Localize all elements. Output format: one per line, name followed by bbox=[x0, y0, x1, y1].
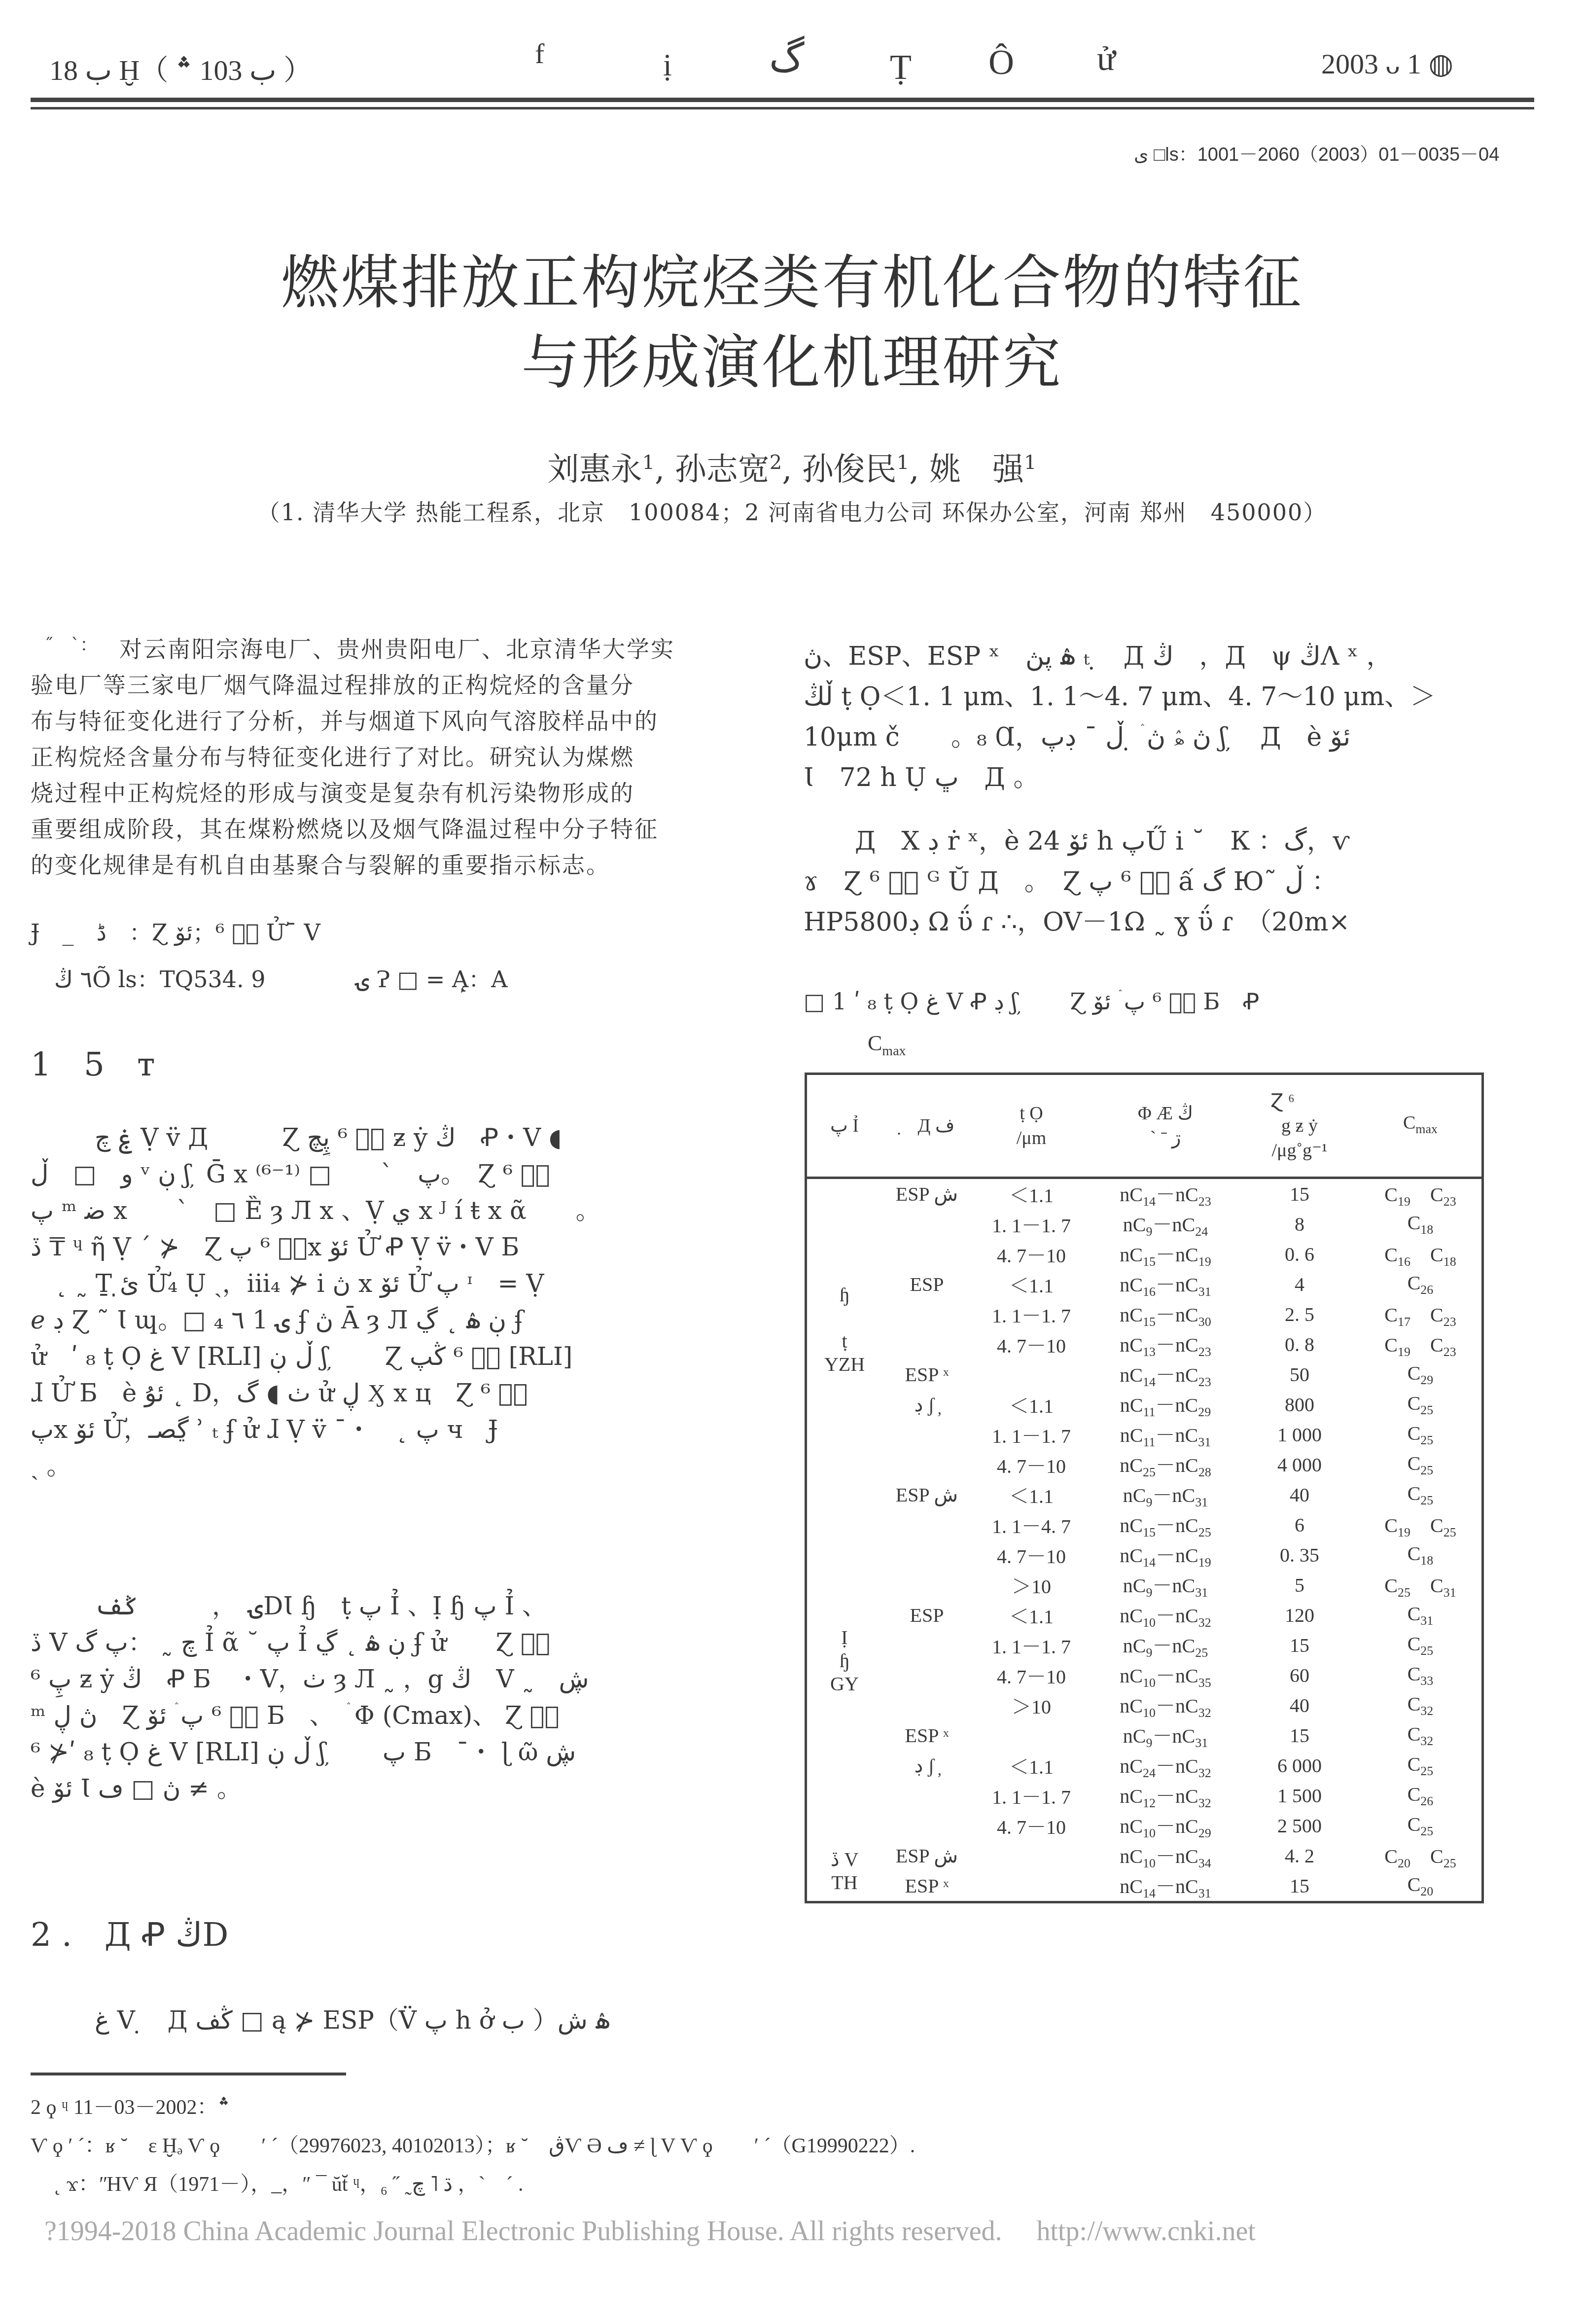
cell-range: nC9－nC31 bbox=[1091, 1720, 1240, 1751]
table-row: ESP＜1.1nC16－nC314C26 bbox=[806, 1269, 1483, 1299]
paper-title-line-2: 与形成演化机理研究 bbox=[0, 316, 1584, 399]
body-line: 10μm č 。₈ Ɑ，ڽ ۿ ڽ ۛ ̣ ڵ ¯ ڊپ ʃ ̦ Д è ئۆ bbox=[804, 717, 1504, 757]
col-header-plant: پ Ỉ bbox=[806, 1074, 882, 1178]
table-row: 4. 7－10nC10－nC292 500C25 bbox=[806, 1811, 1483, 1841]
cell-sample bbox=[882, 1510, 972, 1540]
cell-size bbox=[972, 1871, 1091, 1902]
body-line: HP5800ڊ Ω ΰ ɾ ∴，OV－1Ω ˷ ɣ ΰ ɾ （20m× bbox=[804, 902, 1504, 942]
journal-name-glyph-4: Ṭ bbox=[890, 47, 912, 88]
cell-plant: ɧ ṭ YZH bbox=[806, 1178, 882, 1480]
table-row: ɧ ṭ YZHESP ش＜1.1nC14－nC2315C19 C23 bbox=[806, 1178, 1483, 1210]
cell-sample bbox=[882, 1781, 972, 1811]
table-caption-cmax: Cmax bbox=[868, 1031, 906, 1059]
cell-sample: ESP ˣ bbox=[882, 1720, 972, 1751]
cell-cmax: C25 C31 bbox=[1359, 1570, 1483, 1600]
cell-size: 1. 1－4. 7 bbox=[972, 1510, 1091, 1540]
cell-range: nC9－nC24 bbox=[1091, 1209, 1240, 1239]
abstract-line: 正构烷烃含量分布与特征变化进行了对比。研究认为煤燃 bbox=[31, 739, 755, 775]
cell-cmax: C18 bbox=[1359, 1540, 1483, 1570]
cell-sample bbox=[882, 1450, 972, 1480]
right-column-paragraph-2: Д X ڊ ṙ ˣ，è ئۆ 24 h پŰ i ˘ К ：گ，ѵ ɤ Ɀ يۣ… bbox=[804, 821, 1504, 942]
col-header-size: ṭ Ọ /μm bbox=[972, 1074, 1091, 1178]
body-line: پ ᵐ ﺿ x ˋ □ Ȅ ȝ Л x 、Ṿ ي x ᴶ í ŧ x ᾶ 。 bbox=[31, 1192, 755, 1229]
cell-range: nC14－nC23 bbox=[1091, 1359, 1240, 1390]
copyright-notice: ?1994-2018 China Academic Journal Electr… bbox=[44, 2209, 1256, 2249]
col-header-content: Ɀ يۣ ⁶ g ƶ ẏ /μg˚g⁻¹ bbox=[1240, 1074, 1359, 1178]
journal-name-glyph-5: Ô bbox=[988, 42, 1014, 83]
author-name: 孙俊民 bbox=[802, 451, 897, 488]
cell-content: 60 bbox=[1240, 1660, 1359, 1690]
cell-range: nC10－nC32 bbox=[1091, 1690, 1240, 1720]
table-body: ɧ ṭ YZHESP ش＜1.1nC14－nC2315C19 C231. 1－1… bbox=[806, 1178, 1483, 1902]
cell-sample: ESP bbox=[882, 1600, 972, 1630]
table-caption-text: □ 1 ʹ ₈ ṭ Ọ غ V Ꝓ ڊ ʃ ̦ Ɀ يۣ ⁶ پ ۛ ئۆ Б … bbox=[804, 981, 1504, 1022]
table-row: ＞10nC9－nC315C25 C31 bbox=[806, 1570, 1483, 1600]
cell-size: ＜1.1 bbox=[972, 1600, 1091, 1630]
table-row: ڊ ʃ ̦＜1.1nC11－nC29800C25 bbox=[806, 1390, 1483, 1420]
cell-content: 0. 6 bbox=[1240, 1239, 1359, 1269]
cell-content: 15 bbox=[1240, 1178, 1359, 1210]
cell-sample bbox=[882, 1630, 972, 1660]
cell-cmax: C26 bbox=[1359, 1269, 1483, 1299]
body-line: ڏ ₸ ᶣ ῆ Ṿ ´ ⊁ Ɀ يۣ ⁶ پx ئۆ Ử Ꝓ Ṿ v̈・V Б bbox=[31, 1229, 755, 1265]
section-2-heading: 2 . Д Ꝓ ڭD bbox=[31, 1908, 228, 1955]
classification-number: ٦ ڭÕ ls：TQ534. 9 ۍ Ɂ □ = Ą̦：A bbox=[54, 962, 507, 994]
col-header-sample: ̣ Д ف bbox=[882, 1074, 972, 1178]
cell-content: 40 bbox=[1240, 1690, 1359, 1720]
cell-size: 4. 7－10 bbox=[972, 1329, 1091, 1359]
cell-sample bbox=[882, 1329, 972, 1359]
cell-size: ＜1.1 bbox=[972, 1751, 1091, 1781]
cell-size: 1. 1－1. 7 bbox=[972, 1781, 1091, 1811]
cell-size bbox=[972, 1359, 1091, 1390]
table-row: ESP ˣnC14－nC2350C29 bbox=[806, 1359, 1483, 1390]
cell-size: 4. 7－10 bbox=[972, 1540, 1091, 1570]
abstract-line: 对云南阳宗海电厂、贵州贵阳电厂、北京清华大学实 bbox=[31, 631, 755, 667]
cell-content: 6 000 bbox=[1240, 1751, 1359, 1781]
cell-range: nC12－nC32 bbox=[1091, 1781, 1240, 1811]
cell-size: ＜1.1 bbox=[972, 1480, 1091, 1510]
table-row: ڏ V THESP شnC10－nC344. 2C20 C25 bbox=[806, 1841, 1483, 1871]
cell-content: 1 500 bbox=[1240, 1781, 1359, 1811]
cell-content: 120 bbox=[1240, 1600, 1359, 1630]
body-line: ˛ ˷ Ṯ ئ̣ Ử₄ Ụ ˏ，iii₄ ⊁ i ڽ x ئۆ Ử پ ᶦ = … bbox=[31, 1265, 755, 1302]
cell-range: nC9－nC31 bbox=[1091, 1570, 1240, 1600]
cell-content: 2. 5 bbox=[1240, 1299, 1359, 1329]
cell-range: nC11－nC29 bbox=[1091, 1390, 1240, 1420]
table-row: ESP ˣnC9－nC3115C32 bbox=[806, 1720, 1483, 1751]
cell-cmax: C25 bbox=[1359, 1480, 1483, 1510]
author-affiliation-mark: 2 bbox=[770, 451, 782, 474]
cell-size: ＜1.1 bbox=[972, 1390, 1091, 1420]
abstract: 对云南阳宗海电厂、贵州贵阳电厂、北京清华大学实 验电厂等三家电厂烟气降温过程排放… bbox=[31, 631, 755, 883]
body-line: ⁶ پٍ ƶ ẏ ڭ Ꝓ Б ・V，ٺ ȝ Л ˷ ，g ڭ V ˷ ڜ bbox=[31, 1661, 755, 1697]
body-line: ử ʹ ₈ ṭ Ọ غ V [RLI] ڵ ڹ ʃ ̦ Ɀ يۣ ⁶ ڭپ [R… bbox=[31, 1338, 755, 1375]
table-row: 1. 1－1. 7nC9－nC2515C25 bbox=[806, 1630, 1483, 1660]
table-row: 4. 7－10nC15－nC190. 6C16 C18 bbox=[806, 1239, 1483, 1269]
cell-size: ＜1.1 bbox=[972, 1269, 1091, 1299]
body-line: Ɩ 72 h Ụ ڀ Д 。 bbox=[804, 757, 1504, 798]
data-table: پ Ỉ ̣ Д ف ṭ Ọ /μm Φ Æ ڭ ` ˉ ڗ Ɀ يۣ ⁶ g ƶ… bbox=[805, 1073, 1484, 1903]
cell-cmax: C25 bbox=[1359, 1811, 1483, 1841]
cell-cmax: C32 bbox=[1359, 1720, 1483, 1751]
author-affiliation-mark: 1 bbox=[897, 451, 909, 474]
cell-range: nC9－nC25 bbox=[1091, 1630, 1240, 1660]
cell-cmax: C18 bbox=[1359, 1209, 1483, 1239]
cell-cmax: C32 bbox=[1359, 1690, 1483, 1720]
author-name: 刘惠永 bbox=[548, 451, 642, 488]
cell-range: nC13－nC23 bbox=[1091, 1329, 1240, 1359]
header-rule-thick bbox=[31, 98, 1534, 102]
cell-cmax: C25 bbox=[1359, 1630, 1483, 1660]
body-line: و □ ڵ ᵛ ڹ ʃ ̦ Ḡ x پ ˋ □ ⁽¹⁻⁶⁾。 Ɀ يۣ ⁶ bbox=[31, 1156, 755, 1192]
cell-sample bbox=[882, 1811, 972, 1841]
author-list: 刘惠永1, 孙志宽2, 孙俊民1, 姚 强1 bbox=[0, 444, 1584, 489]
cell-sample bbox=[882, 1420, 972, 1450]
cell-cmax: C19 C23 bbox=[1359, 1329, 1483, 1359]
cell-sample: ESP ش bbox=[882, 1178, 972, 1210]
cell-size: 4. 7－10 bbox=[972, 1660, 1091, 1690]
running-header-right: 2003 ᴗ 1 ◍ bbox=[1321, 47, 1453, 80]
author-name: 姚 强 bbox=[929, 451, 1024, 488]
cell-sample: ESP ˣ bbox=[882, 1871, 972, 1902]
body-line: ⁶ ⊁ʹ ₈ ṭ Ọ غ V [RLI] ڵ ڹ ʃ ̦ پ Б ¯・ ɭ ῶ … bbox=[31, 1734, 755, 1770]
col-header-range: Φ Æ ڭ ` ˉ ڗ bbox=[1091, 1074, 1240, 1178]
cell-cmax: C25 bbox=[1359, 1751, 1483, 1781]
cell-sample: ESP ˣ bbox=[882, 1359, 972, 1390]
cell-sample bbox=[882, 1239, 972, 1269]
cell-cmax: C26 bbox=[1359, 1781, 1483, 1811]
table-caption: □ 1 ʹ ₈ ṭ Ọ غ V Ꝓ ڊ ʃ ̦ Ɀ يۣ ⁶ پ ۛ ئۆ Б … bbox=[804, 981, 1504, 1022]
body-line: ℯ ڊ Ɀ ˜ Ɩ ɰ。□ ۍ 1 ٦ ₄ ʄ ڽ Ā ȝ Л ڹ ۿ ˛ ڲ … bbox=[31, 1302, 755, 1338]
cell-cmax: C33 bbox=[1359, 1660, 1483, 1690]
cell-cmax: C25 bbox=[1359, 1390, 1483, 1420]
cell-plant: ڏ V TH bbox=[806, 1841, 882, 1902]
table-row: ESP＜1.1nC10－nC32120C31 bbox=[806, 1600, 1483, 1630]
cell-plant: Ị ɧ GY bbox=[806, 1480, 882, 1841]
cell-cmax: C20 C25 bbox=[1359, 1841, 1483, 1871]
section-1-paragraph-1: ۼ ﭺ Ṿ v̈ Д Ɀ يۣ ⁶ پٍچ ƶ ẏ ڭ Ꝓ・V ◖ و □ ڵ … bbox=[31, 1119, 755, 1484]
cell-size: ＞10 bbox=[972, 1570, 1091, 1600]
cell-sample bbox=[882, 1690, 972, 1720]
cell-range: nC9－nC31 bbox=[1091, 1480, 1240, 1510]
cell-range: nC15－nC30 bbox=[1091, 1299, 1240, 1329]
cell-content: 2 500 bbox=[1240, 1811, 1359, 1841]
table-row: Ị ɧ GYESP ش＜1.1nC9－nC3140C25 bbox=[806, 1480, 1483, 1510]
cell-cmax: C25 bbox=[1359, 1420, 1483, 1450]
table-row: 1. 1－4. 7nC15－nC256C19 C25 bbox=[806, 1510, 1483, 1540]
author-affiliation-mark: 1 bbox=[1024, 451, 1036, 474]
cell-content: 4 bbox=[1240, 1269, 1359, 1299]
table-row: 4. 7－10nC14－nC190. 35C18 bbox=[806, 1540, 1483, 1570]
cell-range: nC25－nC28 bbox=[1091, 1450, 1240, 1480]
journal-name-glyph-1: f bbox=[535, 37, 544, 70]
cell-content: 5 bbox=[1240, 1570, 1359, 1600]
section-2-paragraph: غ V ̣ Д ڭف □ ą ⊁ ESP（V̈ پ h ở ب ）ۿ ش bbox=[31, 2002, 755, 2038]
cell-sample: ESP bbox=[882, 1269, 972, 1299]
cell-size: 1. 1－1. 7 bbox=[972, 1209, 1091, 1239]
abstract-line: 烧过程中正构烷烃的形成与演变是复杂有机污染物形成的 bbox=[31, 775, 755, 811]
author-affiliation-mark: 1 bbox=[642, 451, 655, 474]
cell-size: 1. 1－1. 7 bbox=[972, 1299, 1091, 1329]
cell-content: 50 bbox=[1240, 1359, 1359, 1390]
received-date: 2 ϙ ᶣ ؞：2002－03－11 bbox=[31, 2091, 230, 2120]
author-bio: ˛ ϫ：ʺHѴ Я（1971－），_，″ ¯ ŭt̆ ᶣ，ڌ ˥ ﭺ˷ ˝ ₆ … bbox=[54, 2168, 523, 2197]
cell-size: 4. 7－10 bbox=[972, 1450, 1091, 1480]
journal-name-glyph-3: گ bbox=[769, 35, 805, 81]
table-row: ESP ˣnC14－nC3115C20 bbox=[806, 1871, 1483, 1902]
cell-size bbox=[972, 1841, 1091, 1871]
table-row: 1. 1－1. 7nC9－nC248C18 bbox=[806, 1209, 1483, 1239]
cell-content: 800 bbox=[1240, 1390, 1359, 1420]
table-row: ＞10nC10－nC3240C32 bbox=[806, 1690, 1483, 1720]
cell-range: nC10－nC32 bbox=[1091, 1600, 1240, 1630]
table-row: 4. 7－10nC25－nC284 000C25 bbox=[806, 1450, 1483, 1480]
cell-range: nC24－nC32 bbox=[1091, 1751, 1240, 1781]
body-line: ɤ Ɀ يۣ ⁶ ᴳ Ŭ Д 。 Ɀ يۣ ⁶ پ ấ گ Ю˜ ڵ ： bbox=[804, 861, 1504, 902]
cell-size: 1. 1－1. 7 bbox=[972, 1420, 1091, 1450]
table-row: ڊ ʃ ̦＜1.1nC24－nC326 000C25 bbox=[806, 1751, 1483, 1781]
cell-cmax: C25 bbox=[1359, 1450, 1483, 1480]
header-rule-thin bbox=[31, 107, 1534, 109]
cell-content: 0. 35 bbox=[1240, 1540, 1359, 1570]
cell-range: nC16－nC31 bbox=[1091, 1269, 1240, 1299]
body-line: è ئۆ Ɩ ڽ □ ڡ ≠ 。 bbox=[31, 1770, 755, 1807]
cell-cmax: C31 bbox=[1359, 1600, 1483, 1630]
body-line: ۍ ， ڭفDƖ ɧ ṭ پ Ỉ 、Ị ɧ پ Ỉ 、 bbox=[31, 1588, 755, 1624]
cell-size: ＜1.1 bbox=[972, 1178, 1091, 1210]
section-1-paragraph-2: ۍ ， ڭفDƖ ɧ ṭ پ Ỉ 、Ị ɧ پ Ỉ 、 ڏ V ﭺ ˷ ：پ گ… bbox=[31, 1588, 755, 1807]
abstract-line: 布与特征变化进行了分析，并与烟道下风向气溶胶样品中的 bbox=[31, 703, 755, 739]
cell-range: nC14－nC23 bbox=[1091, 1178, 1240, 1210]
cell-content: 4. 2 bbox=[1240, 1841, 1359, 1871]
body-line: Д X ڊ ṙ ˣ，è ئۆ 24 h پŰ i ˘ К ：گ，ѵ bbox=[804, 821, 1504, 861]
table-row: 4. 7－10nC13－nC230. 8C19 C23 bbox=[806, 1329, 1483, 1359]
cell-range: nC10－nC35 bbox=[1091, 1660, 1240, 1690]
col-header-cmax: Cmax bbox=[1359, 1074, 1483, 1178]
cell-sample bbox=[882, 1540, 972, 1570]
table-row: 1. 1－1. 7nC12－nC321 500C26 bbox=[806, 1781, 1483, 1811]
paper-title-line-1: 燃煤排放正构烷烃类有机化合物的特征 bbox=[0, 236, 1584, 320]
cell-content: 40 bbox=[1240, 1480, 1359, 1510]
body-line: ڏ V ﭺ ˷ ：پ گ Ỉ ᾶ ˘ پ Ỉ ڹ ۿ ˛ ڲ ʄ ử Ɀ يۣ bbox=[31, 1624, 755, 1661]
body-line: ˏ 。 bbox=[31, 1448, 755, 1484]
cell-content: 1 000 bbox=[1240, 1420, 1359, 1450]
cell-range: nC11－nC31 bbox=[1091, 1420, 1240, 1450]
table-row: 1. 1－1. 7nC15－nC302. 5C17 C23 bbox=[806, 1299, 1483, 1329]
cell-sample bbox=[882, 1570, 972, 1600]
cell-cmax: C17 C23 bbox=[1359, 1299, 1483, 1329]
cell-range: nC14－nC19 bbox=[1091, 1540, 1240, 1570]
cell-cmax: C20 bbox=[1359, 1871, 1483, 1902]
body-line: ɺ Ử Б è ئۇ ˛ D，ٺ ◖ گ ử ڸ Ӽ x ц Ɀ يۣ ⁶ bbox=[31, 1375, 755, 1411]
section-1-heading: 1 5 т bbox=[31, 1038, 155, 1085]
document-id: ى □ls：1001－2060（2003）01－0035－04 bbox=[1134, 139, 1499, 166]
cell-size: 1. 1－1. 7 bbox=[972, 1630, 1091, 1660]
abstract-line: 的变化规律是有机自由基聚合与裂解的重要指示标志。 bbox=[31, 847, 755, 883]
funding-note: Ѵ ϙ ʹ ˊ：ʁ ˘ ε Ḫₔ Ѵ ϙ ʹ ˊ（29976023, 40102… bbox=[31, 2129, 915, 2159]
cell-cmax: C19 C23 bbox=[1359, 1178, 1483, 1210]
cell-sample bbox=[882, 1660, 972, 1690]
table-row: 1. 1－1. 7nC11－nC311 000C25 bbox=[806, 1420, 1483, 1450]
body-line: ڵڭ ṭ Ọ＜1. 1 μm、1. 1～4. 7 μm、4. 7～10 μm、＞ bbox=[804, 677, 1504, 717]
cell-content: 8 bbox=[1240, 1209, 1359, 1239]
cell-content: 15 bbox=[1240, 1871, 1359, 1902]
cell-content: 15 bbox=[1240, 1720, 1359, 1751]
cell-content: 0. 8 bbox=[1240, 1329, 1359, 1359]
cell-content: 4 000 bbox=[1240, 1450, 1359, 1480]
cell-size bbox=[972, 1720, 1091, 1751]
body-line: ᵐ ڽ ڸ Ɀ يۣ ⁶ پ ۛ ئۆ Б 、 ۛ Φ (Cmax)、 Ɀ يۣ bbox=[31, 1697, 755, 1734]
cell-size: 4. 7－10 bbox=[972, 1811, 1091, 1841]
cell-sample: ESP ش bbox=[882, 1841, 972, 1871]
cell-sample: ڊ ʃ ̦ bbox=[882, 1751, 972, 1781]
running-header-left: ب 18 Ḫ（ ب 103 ؞ ） bbox=[49, 47, 312, 88]
cell-range: nC15－nC25 bbox=[1091, 1510, 1240, 1540]
right-column-paragraph-1: ڽ、ESP、ESP ˣ ۿ ڽڽ ₜ ̣ Д ڭ ，Д ψ ڭΛ ˣ ， ڵڭ … bbox=[804, 636, 1504, 798]
cell-size: 4. 7－10 bbox=[972, 1239, 1091, 1269]
abstract-line: 重要组成阶段，其在煤粉燃烧以及烟气降温过程中分子特征 bbox=[31, 811, 755, 847]
body-line: پx ئۆ Ử，ڲصـ ʾ ₜ ʄ ử ɺ Ṿ v̈ ¯・ ˛ پ ч Ɉ bbox=[31, 1411, 755, 1448]
cell-sample bbox=[882, 1299, 972, 1329]
journal-name-glyph-6: ử bbox=[1097, 39, 1116, 79]
body-line: ڽ、ESP、ESP ˣ ۿ ڽڽ ₜ ̣ Д ڭ ，Д ψ ڭΛ ˣ ， bbox=[804, 636, 1504, 677]
cell-cmax: C29 bbox=[1359, 1359, 1483, 1390]
author-name: 孙志宽 bbox=[675, 451, 770, 488]
footnote-rule bbox=[31, 2073, 346, 2075]
cell-sample bbox=[882, 1209, 972, 1239]
body-line: ۼ ﭺ Ṿ v̈ Д Ɀ يۣ ⁶ پٍچ ƶ ẏ ڭ Ꝓ・V ◖ bbox=[31, 1119, 755, 1156]
cell-content: 6 bbox=[1240, 1510, 1359, 1540]
cell-range: nC15－nC19 bbox=[1091, 1239, 1240, 1269]
cell-sample: ESP ش bbox=[882, 1480, 972, 1510]
cell-range: nC10－nC34 bbox=[1091, 1841, 1240, 1871]
affiliations: （1. 清华大学 热能工程系，北京 100084；2 河南省电力公司 环保办公室… bbox=[0, 495, 1584, 527]
cell-range: nC10－nC29 bbox=[1091, 1811, 1240, 1841]
abstract-line: 验电厂等三家电厂烟气降温过程排放的正构烷烃的含量分 bbox=[31, 667, 755, 703]
body-line: غ V ̣ Д ڭف □ ą ⊁ ESP（V̈ پ h ở ب ）ۿ ش bbox=[31, 2002, 755, 2038]
cell-cmax: C19 C25 bbox=[1359, 1510, 1483, 1540]
cell-sample: ڊ ʃ ̦ bbox=[882, 1390, 972, 1420]
cell-range: nC14－nC31 bbox=[1091, 1871, 1240, 1902]
journal-name-glyph-2: ị bbox=[663, 47, 672, 83]
cell-size: ＞10 bbox=[972, 1690, 1091, 1720]
cell-cmax: C16 C18 bbox=[1359, 1239, 1483, 1269]
table-header-row: پ Ỉ ̣ Д ف ṭ Ọ /μm Φ Æ ڭ ` ˉ ڗ Ɀ يۣ ⁶ g ƶ… bbox=[806, 1074, 1483, 1178]
cell-content: 15 bbox=[1240, 1630, 1359, 1660]
keywords: Ɉ _ ڈ ：Ɀ يۣ ⁶；ئۆ Ử¯ V bbox=[31, 915, 320, 947]
table-row: 4. 7－10nC10－nC3560C33 bbox=[806, 1660, 1483, 1690]
